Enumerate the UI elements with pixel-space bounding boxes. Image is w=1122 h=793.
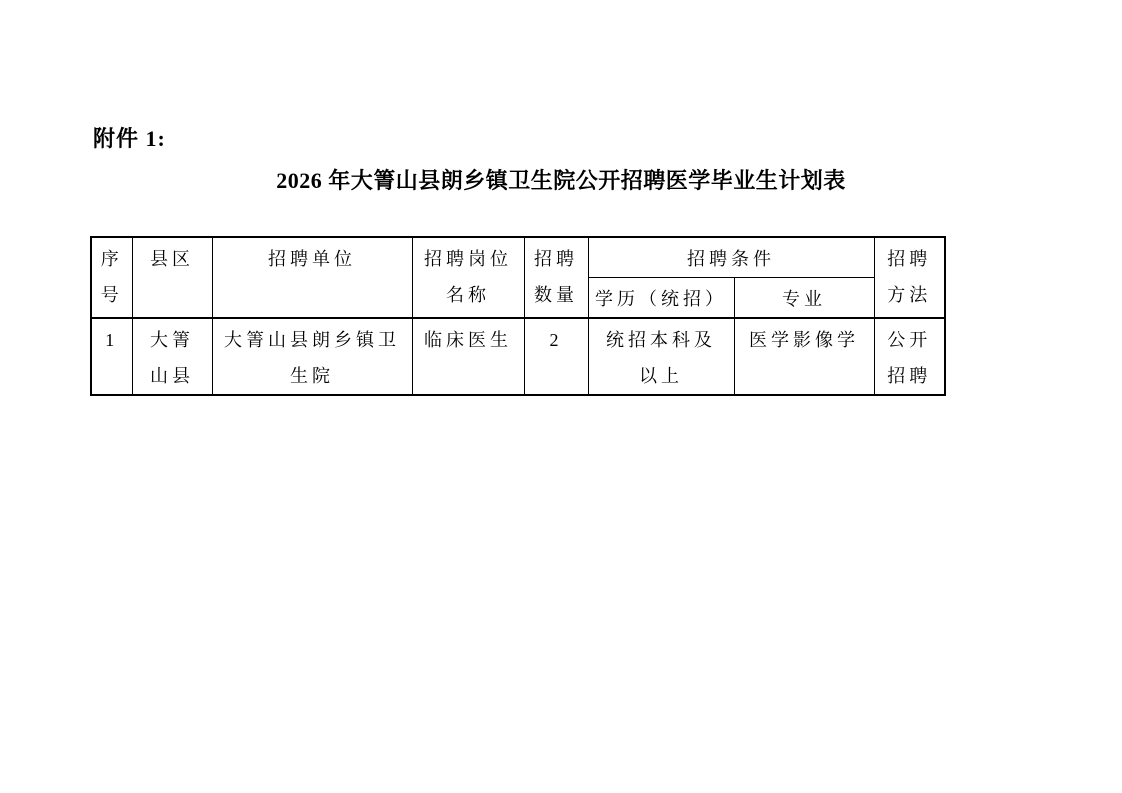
header-method: 招聘 方法 [874, 237, 945, 318]
header-quantity: 招聘 数量 [524, 237, 588, 318]
recruitment-plan-table: 序 号 县区 招聘单位 招聘岗位 名称 招聘 数量 招聘条件 招聘 方法 学历（… [90, 236, 946, 396]
cell-seq-no: 1 [91, 318, 132, 395]
cell-position: 临床医生 [412, 318, 524, 395]
cell-county: 大箐 山县 [132, 318, 212, 395]
cell-major: 医学影像学 [734, 318, 874, 395]
attachment-label: 附件 1: [93, 122, 166, 153]
header-major: 专业 [734, 278, 874, 319]
cell-employer: 大箐山县朗乡镇卫 生院 [212, 318, 412, 395]
table-row: 1 大箐 山县 大箐山县朗乡镇卫 生院 临床医生 2 统招本科及 以上 医学影像… [91, 318, 945, 395]
document-page: 附件 1: 2026 年大箐山县朗乡镇卫生院公开招聘医学毕业生计划表 序 号 县… [0, 0, 1122, 793]
cell-education: 统招本科及 以上 [588, 318, 734, 395]
header-seq-no: 序 号 [91, 237, 132, 318]
cell-quantity: 2 [524, 318, 588, 395]
header-county: 县区 [132, 237, 212, 318]
header-conditions: 招聘条件 [588, 237, 874, 278]
document-title: 2026 年大箐山县朗乡镇卫生院公开招聘医学毕业生计划表 [0, 164, 1122, 195]
table-header-row-top: 序 号 县区 招聘单位 招聘岗位 名称 招聘 数量 招聘条件 招聘 方法 [91, 237, 945, 278]
header-employer: 招聘单位 [212, 237, 412, 318]
header-position: 招聘岗位 名称 [412, 237, 524, 318]
cell-method: 公开 招聘 [874, 318, 945, 395]
header-education: 学历（统招） [588, 278, 734, 319]
